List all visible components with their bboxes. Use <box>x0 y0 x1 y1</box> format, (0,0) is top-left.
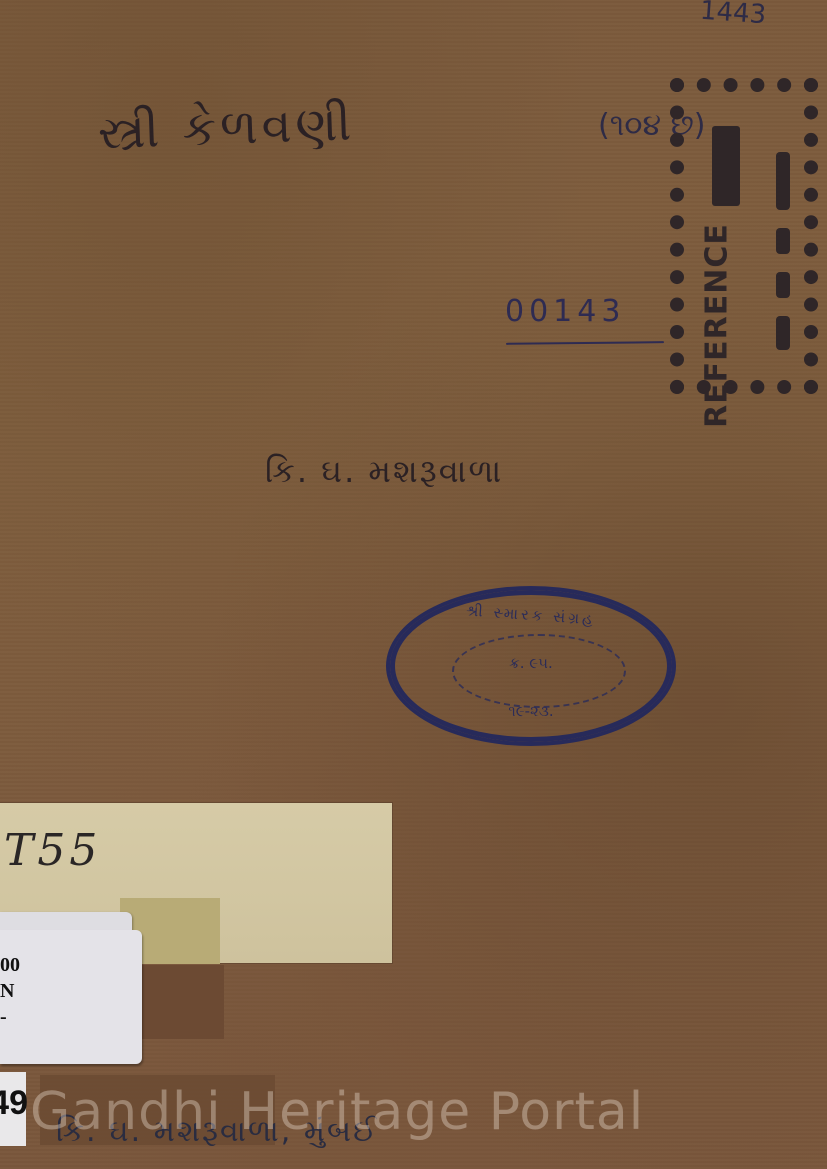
card-line: - <box>0 1004 20 1030</box>
reference-stamp: REFERENCE <box>670 78 818 394</box>
accession-number: 00143 <box>505 294 625 329</box>
oval-library-stamp: શ્રી સ્મારક સંગ્રહ ક્ર. ૯૫. ૧૯-૨૩. <box>386 586 676 746</box>
stamp-dashes <box>776 152 790 392</box>
author-name: કિ. ઘ. મશરૂવાળા <box>265 452 503 491</box>
reference-stamp-text: REFERENCE <box>700 196 735 456</box>
document-cover: 1443 સ્ત્રી કેળવણી (૧૦૪ છ) REFERENCE 001… <box>0 0 827 1169</box>
handwritten-title: સ્ત્રી કેળવણી <box>97 96 356 162</box>
card-line: 00 <box>0 952 20 978</box>
number-tag: 49 <box>0 1072 26 1146</box>
stamp-block <box>712 126 740 206</box>
stamp-line-3: ૧૯-૨૩. <box>390 702 672 720</box>
watermark: Gandhi Heritage Portal <box>30 1082 644 1142</box>
accession-underline <box>506 341 664 345</box>
corner-number: 1443 <box>699 0 767 30</box>
catalog-card: 00 N - <box>0 930 142 1064</box>
card-line: N <box>0 978 20 1004</box>
stamp-line-2: ક્ર. ૯૫. <box>390 654 672 672</box>
tag-number: 49 <box>0 1084 28 1123</box>
tape-strip <box>138 965 224 1039</box>
stamp-line-1: શ્રી સ્મારક સંગ્રહ <box>390 596 673 634</box>
label-code: T55 <box>4 825 101 876</box>
